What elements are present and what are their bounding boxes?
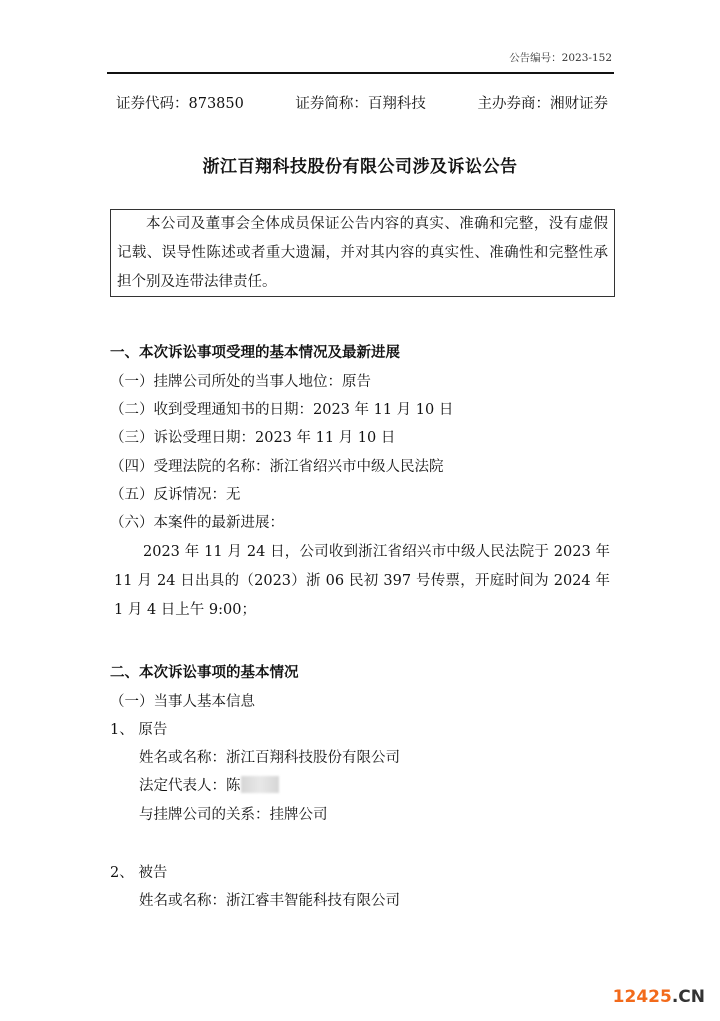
document-number: 公告编号：2023-152 [509, 50, 612, 65]
redacted-name [241, 776, 279, 793]
item-counterclaim: （五）反诉情况：无 [110, 483, 241, 504]
plaintiff-name: 姓名或名称：浙江百翔科技股份有限公司 [139, 746, 400, 767]
party-info-subheading: （一）当事人基本信息 [110, 690, 255, 711]
item-latest-progress: （六）本案件的最新进展： [110, 511, 284, 532]
stock-meta-row: 证券代码：873850 证券简称：百翔科技 主办券商：湘财证券 [116, 92, 608, 113]
section-2-heading: 二、本次诉讼事项的基本情况 [110, 661, 299, 682]
plaintiff-label: 1、 原告 [110, 718, 167, 739]
progress-paragraph: 2023 年 11 月 24 日，公司收到浙江省绍兴市中级人民法院于 2023 … [114, 538, 610, 625]
item-notice-date: （二）收到受理通知书的日期：2023 年 11 月 10 日 [110, 398, 453, 419]
stock-code: 证券代码：873850 [116, 92, 244, 113]
disclaimer-box: 本公司及董事会全体成员保证公告内容的真实、准确和完整，没有虚假记载、误导性陈述或… [110, 209, 615, 297]
section-1-heading: 一、本次诉讼事项受理的基本情况及最新进展 [110, 341, 400, 362]
header-rule [107, 72, 614, 74]
plaintiff-relation: 与挂牌公司的关系：挂牌公司 [139, 803, 328, 824]
plaintiff-legal-rep: 法定代表人：陈 [139, 774, 279, 795]
item-acceptance-date: （三）诉讼受理日期：2023 年 11 月 10 日 [110, 426, 395, 447]
page-title: 浙江百翔科技股份有限公司涉及诉讼公告 [0, 152, 720, 177]
disclaimer-text: 本公司及董事会全体成员保证公告内容的真实、准确和完整，没有虚假记载、误导性陈述或… [117, 210, 608, 297]
site-watermark: 12425.CN [613, 987, 705, 1007]
progress-text: 2023 年 11 月 24 日，公司收到浙江省绍兴市中级人民法院于 2023 … [114, 538, 610, 625]
watermark-number: 12425 [613, 987, 672, 1007]
watermark-domain: .CN [672, 987, 705, 1007]
stock-abbreviation: 证券简称：百翔科技 [295, 92, 426, 113]
legal-rep-text: 法定代表人：陈 [139, 778, 241, 794]
defendant-label: 2、 被告 [110, 861, 167, 882]
item-court-name: （四）受理法院的名称：浙江省绍兴市中级人民法院 [110, 455, 444, 476]
item-party-status: （一）挂牌公司所处的当事人地位：原告 [110, 370, 371, 391]
defendant-name: 姓名或名称：浙江睿丰智能科技有限公司 [139, 889, 400, 910]
sponsor-broker: 主办券商：湘财证券 [477, 92, 608, 113]
